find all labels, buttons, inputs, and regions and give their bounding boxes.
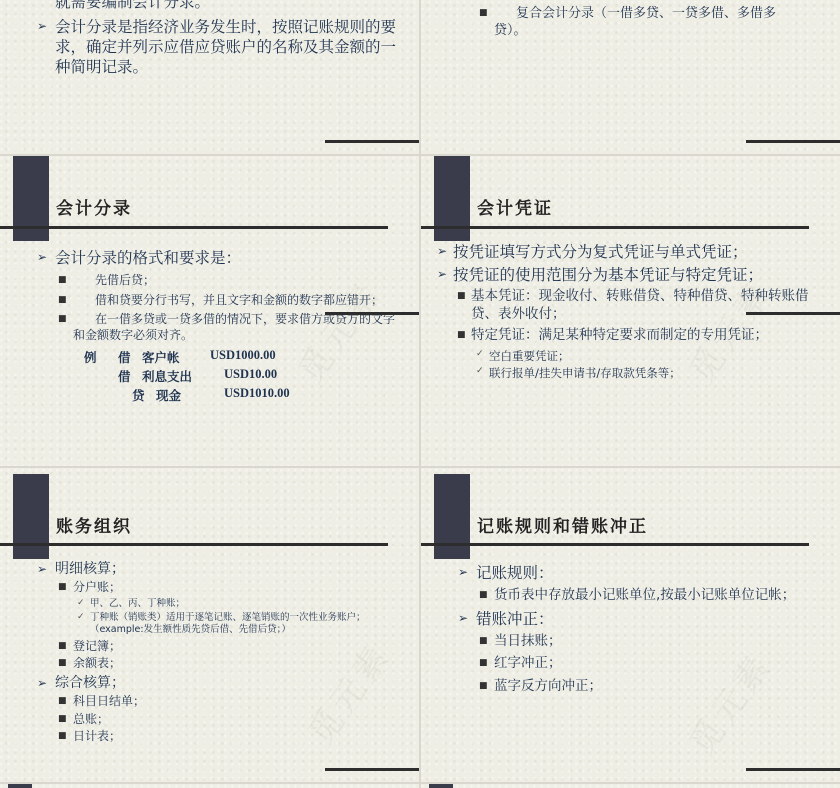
- list-item: ■ 借和贷要分行书写，并且文字和金额的数字都应错开；: [0, 293, 400, 309]
- footer-rule: [325, 312, 419, 315]
- list-item-text: 分户账；: [73, 580, 121, 594]
- check-bullet-icon: ✓: [476, 349, 484, 361]
- slide-thumbnail-accounting-vouchers[interactable]: 会计凭证 ➢ 按凭证填写方式分为复式凭证与单式凭证； ➢ 按凭证的使用范围分为基…: [421, 156, 840, 466]
- square-bullet-icon: ■: [58, 295, 67, 307]
- list-item-text: 借和贷要分行书写，并且文字和金额的数字都应错开；: [73, 293, 383, 307]
- entry-side: 借: [118, 348, 131, 366]
- title-rule: [0, 543, 388, 546]
- footer-rule: [325, 768, 419, 771]
- list-item-text: 总账；: [73, 712, 109, 726]
- list-item-text: 当日抹账；: [494, 633, 562, 649]
- list-item: ■ 特定凭证：满足某种特定要求而制定的专用凭证；: [421, 327, 840, 345]
- list-item-text: 蓝字反方向冲正；: [494, 678, 602, 694]
- arrow-bullet-icon: ➢: [37, 676, 47, 692]
- square-bullet-icon: ■: [58, 582, 67, 594]
- list-item-text: 复合会计分录（一借多贷、一贷多借、多借多贷）。: [494, 6, 776, 38]
- slide-thumbnail-account-organization[interactable]: 账务组织 ➢ 明细核算； ■ 分户账； ✓ 甲、乙、丙、丁种账； ✓ 丁种账（销…: [0, 468, 419, 782]
- title-accent-block: [13, 474, 49, 559]
- list-item-text: 错账冲正：: [476, 610, 554, 628]
- entry-account: 现金: [156, 386, 181, 404]
- square-bullet-icon: ■: [479, 8, 488, 20]
- list-item-text: 甲、乙、丙、丁种账；: [90, 598, 185, 609]
- list-item-text: 红字冲正；: [494, 655, 562, 671]
- footer-rule: [746, 768, 840, 771]
- list-item-text: 会计分录的格式和要求是：: [55, 249, 241, 267]
- list-item: ■ 货币表中存放最小记账单位,按最小记账单位记帐；: [421, 587, 801, 605]
- arrow-bullet-icon: ➢: [37, 562, 47, 578]
- list-item: ➢ 按凭证填写方式分为复式凭证与单式凭证；: [421, 242, 840, 262]
- list-item: ■ 先借后贷；: [0, 273, 419, 289]
- list-item-text: 基本凭证：现金收付、转账借贷、特种借贷、特种转账借贷、表外收付；: [471, 288, 809, 322]
- list-item: ■ 基本凭证：现金收付、转账借贷、特种借贷、特种转账借贷、表外收付；: [421, 288, 833, 323]
- square-bullet-icon: ■: [58, 658, 67, 670]
- list-item-text: 会计分录是指经济业务发生时，按照记账规则的要求，确定并列示应借应贷账户的名称及其…: [55, 18, 396, 76]
- footer-rule: [746, 140, 840, 143]
- entry-side: 借: [118, 367, 131, 385]
- slide-title: 会计凭证: [477, 194, 553, 219]
- title-accent-block: [8, 784, 32, 788]
- arrow-bullet-icon: ➢: [37, 250, 47, 266]
- list-item-text: 记账规则：: [476, 564, 554, 582]
- arrow-bullet-icon: ➢: [437, 267, 447, 283]
- slide-title: 记账规则和错账冲正: [477, 512, 648, 537]
- entry-side: 贷: [132, 386, 145, 404]
- title-rule: [0, 226, 388, 229]
- slide-thumbnail-top-left[interactable]: 就需要编制会计分录。 ➢ 会计分录是指经济业务发生时，按照记账规则的要求，确定并…: [0, 0, 419, 154]
- arrow-bullet-icon: ➢: [37, 19, 47, 35]
- list-item: ■ 红字冲正；: [421, 655, 840, 673]
- list-item-text: 就需要编制会计分录。: [55, 0, 210, 11]
- entry-account: 利息支出: [142, 367, 192, 385]
- list-item-text: 丁种账（销账类）适用于逐笔记账、逐笔销账的一次性业务账户；（example:发生…: [90, 612, 366, 635]
- list-item-text: 空白重要凭证；: [489, 349, 570, 363]
- example-label: 例: [84, 348, 97, 366]
- square-bullet-icon: ■: [479, 658, 488, 670]
- list-item: ✓ 甲、乙、丙、丁种账；: [0, 598, 419, 610]
- list-item-text: 综合核算；: [55, 675, 125, 691]
- list-item: ■ 余额表；: [0, 656, 419, 672]
- square-bullet-icon: ■: [58, 314, 67, 326]
- list-item-text: 特定凭证：满足某种特定要求而制定的专用凭证；: [471, 327, 768, 343]
- slide-title: 账务组织: [56, 512, 132, 537]
- list-item: ■ 总账；: [0, 712, 419, 728]
- square-bullet-icon: ■: [457, 330, 466, 342]
- square-bullet-icon: ■: [58, 731, 67, 743]
- list-item: ➢ 错账冲正：: [421, 609, 840, 629]
- entry-amount: USD1000.00: [210, 348, 276, 363]
- list-item: ■ 登记簿；: [0, 639, 419, 655]
- list-item: ■ 复合会计分录（一借多贷、一贷多借、多借多贷）。: [421, 6, 801, 40]
- list-item-text: 余额表；: [73, 656, 121, 670]
- arrow-bullet-icon: ➢: [458, 565, 468, 581]
- slide-thumbnail-top-right[interactable]: ■ 复合会计分录（一借多贷、一贷多借、多借多贷）。: [421, 0, 840, 154]
- check-bullet-icon: ✓: [476, 366, 484, 378]
- list-item: ■ 日计表；: [0, 729, 419, 745]
- list-item: ■ 当日抹账；: [421, 633, 840, 651]
- list-item-text: 日计表；: [73, 729, 121, 743]
- arrow-bullet-icon: ➢: [437, 244, 447, 260]
- list-item: 就需要编制会计分录。: [0, 0, 419, 12]
- list-item: ✓ 联行报单/挂失申请书/存取款凭条等；: [421, 366, 840, 381]
- list-item-text: 按凭证填写方式分为复式凭证与单式凭证；: [453, 243, 748, 261]
- title-accent-block: [429, 784, 453, 788]
- square-bullet-icon: ■: [457, 291, 466, 303]
- square-bullet-icon: ■: [58, 696, 67, 708]
- list-item-text: 按凭证的使用范围分为基本凭证与特定凭证；: [453, 266, 763, 284]
- list-item: ✓ 丁种账（销账类）适用于逐笔记账、逐笔销账的一次性业务账户；（example:…: [0, 612, 390, 637]
- arrow-bullet-icon: ➢: [458, 611, 468, 627]
- square-bullet-icon: ■: [58, 714, 67, 726]
- slide-thumbnail-bookkeeping-rules[interactable]: 记账规则和错账冲正 ➢ 记账规则： ■ 货币表中存放最小记账单位,按最小记账单位…: [421, 468, 840, 782]
- entry-account: 客户帐: [142, 348, 180, 366]
- list-item: ➢ 会计分录是指经济业务发生时，按照记账规则的要求，确定并列示应借应贷账户的名称…: [0, 17, 400, 77]
- square-bullet-icon: ■: [479, 636, 488, 648]
- list-item-text: 明细核算；: [55, 561, 125, 577]
- check-bullet-icon: ✓: [77, 612, 85, 624]
- list-item-text: 先借后贷；: [73, 273, 155, 287]
- square-bullet-icon: ■: [58, 275, 67, 287]
- slide-thumbnail-next-left[interactable]: [0, 784, 419, 788]
- list-item: ■ 分户账；: [0, 580, 419, 596]
- list-item: ➢ 按凭证的使用范围分为基本凭证与特定凭证；: [421, 265, 840, 285]
- list-item: ➢ 会计分录的格式和要求是：: [0, 248, 419, 268]
- list-item: ■ 在一借多贷或一贷多借的情况下，要求借方或贷方的文字和金额数字必须对齐。: [0, 312, 400, 343]
- list-item: ➢ 明细核算；: [0, 560, 419, 578]
- check-bullet-icon: ✓: [77, 598, 85, 610]
- title-rule: [421, 226, 809, 229]
- slide-thumbnail-next-right[interactable]: [421, 784, 840, 788]
- slide-thumbnail-accounting-entries[interactable]: 会计分录 ➢ 会计分录的格式和要求是： ■ 先借后贷； ■ 借和贷要分行书写，并…: [0, 156, 419, 466]
- journal-example-row: 例 借 客户帐 USD1000.00: [0, 348, 419, 367]
- journal-example-row: 借 利息支出 USD10.00: [0, 367, 419, 386]
- square-bullet-icon: ■: [479, 681, 488, 693]
- journal-example-row: 贷 现金 USD1010.00: [0, 386, 419, 405]
- list-item: ➢ 综合核算；: [0, 674, 419, 692]
- square-bullet-icon: ■: [479, 590, 488, 602]
- list-item: ✓ 空白重要凭证；: [421, 349, 840, 364]
- square-bullet-icon: ■: [58, 641, 67, 653]
- footer-rule: [746, 312, 840, 315]
- entry-amount: USD10.00: [224, 367, 277, 382]
- entry-amount: USD1010.00: [224, 386, 290, 401]
- list-item: ➢ 记账规则：: [421, 563, 840, 583]
- list-item-text: 联行报单/挂失申请书/存取款凭条等；: [489, 366, 681, 380]
- list-item-text: 登记簿；: [73, 639, 121, 653]
- slide-title: 会计分录: [56, 194, 132, 219]
- footer-rule: [325, 140, 419, 143]
- title-accent-block: [434, 474, 470, 559]
- list-item-text: 在一借多贷或一贷多借的情况下，要求借方或贷方的文字和金额数字必须对齐。: [73, 312, 395, 342]
- list-item-text: 货币表中存放最小记账单位,按最小记账单位记帐；: [494, 587, 795, 603]
- list-item: ■ 蓝字反方向冲正；: [421, 678, 840, 696]
- list-item: ■ 科目日结单；: [0, 694, 419, 710]
- list-item-text: 科目日结单；: [73, 694, 145, 708]
- title-rule: [421, 543, 809, 546]
